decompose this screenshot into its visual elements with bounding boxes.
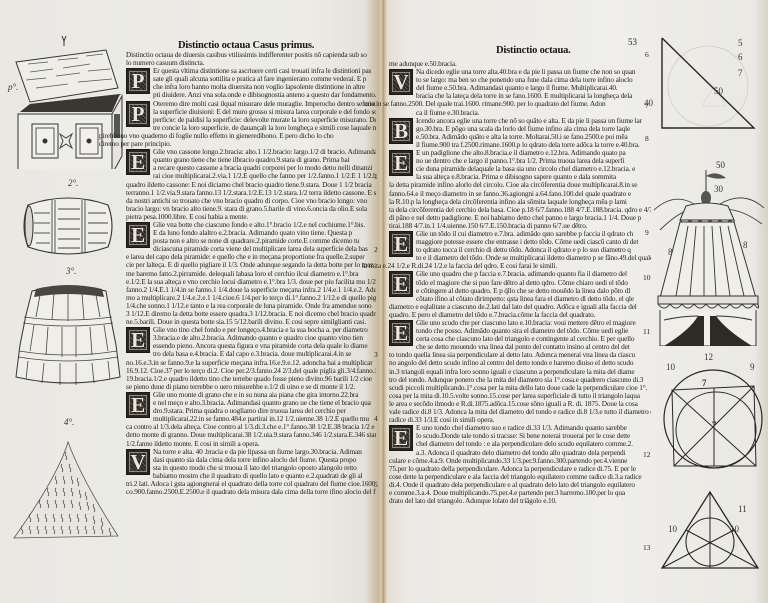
paragraph: E Glie uno quadro che p faccia e.7.braci… bbox=[389, 270, 651, 319]
paragraph: V Na dicedo eglie una torre alta.40.bra … bbox=[389, 68, 651, 108]
decorated-initial-icon: B bbox=[389, 118, 413, 144]
decorated-initial-icon: V bbox=[126, 449, 150, 475]
tub-figure bbox=[12, 285, 124, 387]
triangle-label: 6 bbox=[738, 52, 743, 62]
right-triangle-figure bbox=[658, 36, 758, 136]
right-triangle-diagram-icon bbox=[658, 36, 758, 136]
figure-1-label: p°. bbox=[8, 82, 18, 92]
margin-number: 2 bbox=[374, 245, 378, 254]
decorated-initial-icon: E bbox=[389, 425, 413, 451]
paragraph: E Glie vna botte che ciascuno fondo e al… bbox=[126, 221, 376, 326]
grain-heap-figure bbox=[10, 440, 122, 542]
decorated-initial-icon: E bbox=[389, 320, 413, 346]
circle-square-figure bbox=[662, 368, 764, 470]
paragraph: P Oteremo dire molti casi ilqual misurar… bbox=[126, 100, 376, 149]
chest-figure: p°. bbox=[8, 34, 126, 169]
right-running-head: Distinctio octaua. bbox=[496, 45, 571, 56]
margin-number: 9 bbox=[645, 228, 649, 237]
decorated-initial-icon: E bbox=[389, 231, 413, 257]
triangle-height-label: 40 bbox=[644, 98, 653, 108]
decorated-initial-icon: P bbox=[126, 68, 150, 94]
left-text-column: Distinctio octaua de diuersis casibus vt… bbox=[126, 51, 376, 496]
pavilion-label: 8 bbox=[743, 240, 748, 250]
circle-square-label: 7 bbox=[712, 420, 717, 430]
figure-4-label: 4°. bbox=[64, 417, 74, 427]
paragraph: E Glie vno tino chel fondo e per longeço… bbox=[126, 326, 376, 391]
decorated-initial-icon: V bbox=[389, 69, 413, 95]
paragraph: E Glie un tōdo il cui diametro e.7.bra. … bbox=[389, 230, 651, 270]
margin-number: 1 bbox=[374, 172, 378, 181]
decorated-initial-icon: E bbox=[389, 150, 413, 176]
margin-number: 4 bbox=[374, 414, 378, 423]
barrel-figure bbox=[22, 195, 114, 257]
decorated-initial-icon: P bbox=[126, 101, 150, 127]
margin-number: 8 bbox=[645, 134, 649, 143]
decorated-initial-icon: E bbox=[389, 271, 413, 297]
barrel-woodcut-icon bbox=[22, 195, 114, 257]
circle-square-label: 12 bbox=[704, 352, 713, 362]
pavilion-figure bbox=[650, 170, 768, 346]
paragraph: P Er questa vltima distintione sa ascriu… bbox=[126, 67, 376, 99]
decorated-initial-icon: E bbox=[126, 222, 150, 248]
decorated-initial-icon: E bbox=[126, 149, 150, 175]
figure-3-label: 3°. bbox=[66, 266, 76, 276]
triangle-hypotenuse-label: 50 bbox=[714, 86, 723, 96]
paragraph: E Glie vno cassone longo.2.bracia: alto.… bbox=[126, 148, 376, 221]
triangle-circle-label: 10 bbox=[668, 524, 677, 534]
folio-number: 53 bbox=[628, 37, 637, 47]
right-text-column: me adunque e.50.bracia. V Na dicedo egli… bbox=[389, 60, 651, 505]
book-spread: Distinctio octaua Casus primus. bbox=[0, 0, 768, 603]
intro-line: lo numero casuum distincta. bbox=[126, 59, 376, 67]
triangle-circle-label: 10 bbox=[730, 524, 739, 534]
paragraph: V Na torre e alta. 40 .bracia e da pie l… bbox=[126, 448, 376, 497]
tub-woodcut-icon bbox=[12, 285, 124, 387]
pavilion-label: 8 bbox=[668, 247, 673, 257]
triangle-label: 7 bbox=[738, 68, 743, 78]
margin-number: 5 bbox=[374, 480, 378, 489]
paragraph: B ca il fiume e.30.bracia. Icendo ancora… bbox=[389, 109, 651, 149]
intro-line: Distinctio octaua de diuersis casibus vt… bbox=[126, 51, 376, 59]
paragraph: E E un padiglione che alto.8.bracia.e il… bbox=[389, 149, 651, 230]
triangle-circle-label: 11 bbox=[738, 504, 747, 514]
paragraph: E Glie uno monte di grano che e in su nu… bbox=[126, 391, 376, 448]
chest-woodcut-icon bbox=[8, 34, 126, 169]
figure-2-label: 2°. bbox=[68, 178, 78, 188]
grain-heap-woodcut-icon bbox=[10, 440, 122, 542]
pavilion-label: 30 bbox=[714, 184, 723, 194]
left-page: Distinctio octaua Casus primus. bbox=[0, 0, 381, 603]
margin-number: 6 bbox=[645, 50, 649, 59]
triangle-label: 5 bbox=[738, 38, 743, 48]
pavilion-tent-woodcut-icon bbox=[650, 170, 768, 346]
circle-square-label: 7 bbox=[702, 378, 707, 388]
margin-number: 12 bbox=[643, 450, 651, 459]
decorated-initial-icon: E bbox=[126, 392, 150, 418]
margin-number: 3 bbox=[374, 350, 378, 359]
decorated-initial-icon: E bbox=[126, 327, 150, 353]
triangle-base-label: 50 bbox=[716, 160, 725, 170]
paragraph: E E uno tondo chel diametro suo e radice… bbox=[389, 424, 651, 505]
margin-number: 13 bbox=[643, 543, 651, 552]
left-running-head: Distinctio octaua Casus primus. bbox=[178, 40, 314, 51]
paragraph: E Glie uno scudo che per ciascuno lato e… bbox=[389, 319, 651, 424]
inscribed-square-circle-diagram-icon bbox=[662, 368, 764, 470]
